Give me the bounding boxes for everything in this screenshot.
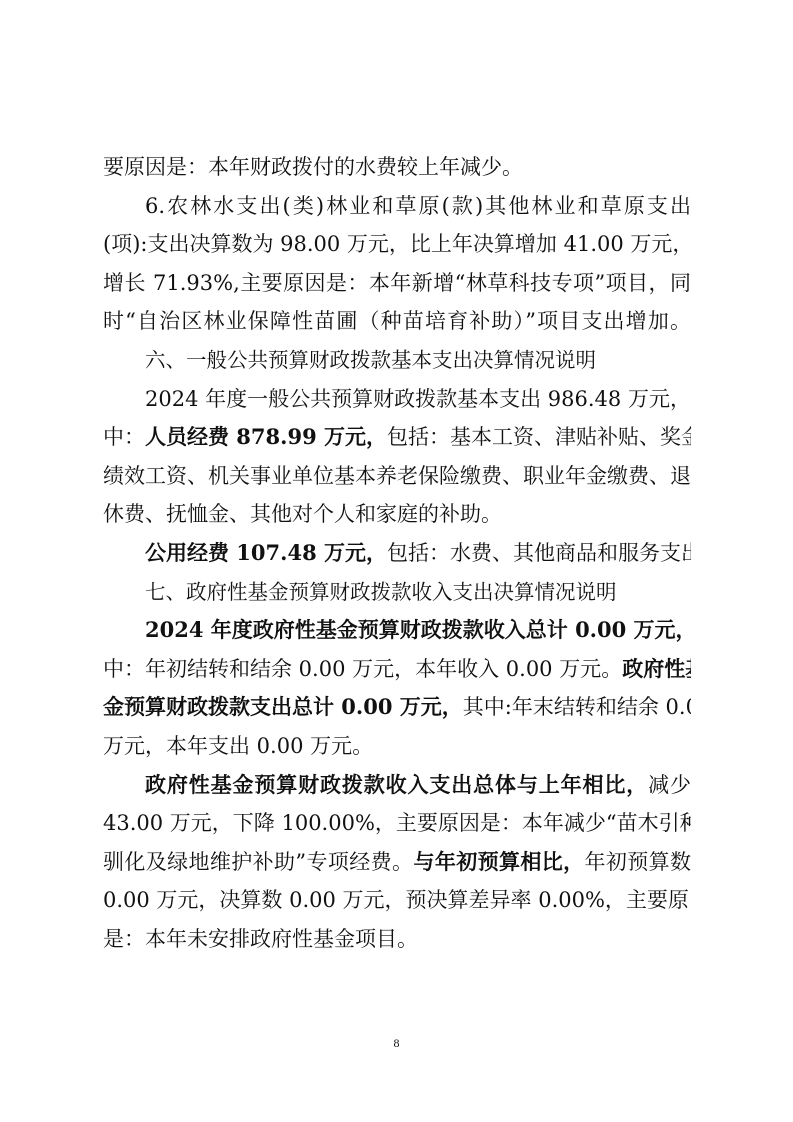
text-span: 万元，本年支出 0.00 万元。 [103,734,373,758]
text-span: 是：本年未安排政府性基金项目。 [103,927,418,951]
bold-text: 金预算财政拨款支出总计 0.00 万元， [103,694,463,719]
text-span: 年初预算数 [584,850,691,874]
text-line: 增长 71.93%,主要原因是：本年新增“林草科技专项”项目，同 [103,264,691,303]
document-body: 要原因是：本年财政拨付的水费较上年减少。6.农林水支出(类)林业和草原(款)其他… [103,148,691,958]
bold-text: 公用经费 107.48 万元， [145,540,387,565]
bold-text: 2024 年度政府性基金预算财政拨款收入总计 0.00 万元， [145,617,691,642]
text-span: 七、政府性基金预算财政拨款收入支出决算情况说明 [145,580,617,604]
text-line: 绩效工资、机关事业单位基本养老保险缴费、职业年金缴费、退 [103,457,691,496]
text-span: 休费、抚恤金、其他对个人和家庭的补助。 [103,502,502,526]
text-line: 中：人员经费 878.99 万元，包括：基本工资、津贴补贴、奖金、 [103,418,691,457]
text-line: 万元，本年支出 0.00 万元。 [103,727,691,766]
text-span: 六、一般公共预算财政拨款基本支出决算情况说明 [145,348,596,372]
text-span: 包括：水费、其他商品和服务支出。 [387,541,691,565]
text-line: 2024 年度一般公共预算财政拨款基本支出 986.48 万元，其 [103,380,691,419]
text-line: 0.00 万元，决算数 0.00 万元，预决算差异率 0.00%，主要原因 [103,881,691,920]
text-span: 时“自治区林业保障性苗圃（种苗培育补助）”项目支出增加。 [103,309,691,333]
text-line: 时“自治区林业保障性苗圃（种苗培育补助）”项目支出增加。 [103,302,691,341]
text-span: 43.00 万元，下降 100.00%，主要原因是：本年减少“苗木引种 [103,811,691,835]
bold-text: 人员经费 878.99 万元， [145,424,387,449]
page-number: 8 [0,1036,793,1051]
section-heading: 七、政府性基金预算财政拨款收入支出决算情况说明 [103,573,691,612]
text-span: 驯化及绿地维护补助”专项经费。 [103,850,413,874]
text-span: 增长 71.93%,主要原因是：本年新增“林草科技专项”项目，同 [103,271,691,295]
text-line: 驯化及绿地维护补助”专项经费。与年初预算相比，年初预算数 [103,843,691,882]
section-heading: 六、一般公共预算财政拨款基本支出决算情况说明 [103,341,691,380]
bold-text: 政府性基 [622,656,691,681]
text-line: 休费、抚恤金、其他对个人和家庭的补助。 [103,495,691,534]
text-line: 公用经费 107.48 万元，包括：水费、其他商品和服务支出。 [103,534,691,573]
text-span: 2024 年度一般公共预算财政拨款基本支出 986.48 万元，其 [145,387,691,411]
text-line: 6.农林水支出(类)林业和草原(款)其他林业和草原支出 [103,187,691,226]
bold-text: 与年初预算相比， [413,849,584,874]
text-span: 绩效工资、机关事业单位基本养老保险缴费、职业年金缴费、退 [103,464,691,488]
text-span: 减少 [648,773,691,797]
text-line: 中：年初结转和结余 0.00 万元，本年收入 0.00 万元。政府性基 [103,650,691,689]
text-span: (项):支出决算数为 98.00 万元，比上年决算增加 41.00 万元， [103,232,691,256]
text-span: 中：年初结转和结余 0.00 万元，本年收入 0.00 万元。 [103,657,622,681]
text-line: 是：本年未安排政府性基金项目。 [103,920,691,959]
text-span: 包括：基本工资、津贴补贴、奖金、 [387,425,691,449]
text-span: 中： [103,425,145,449]
text-line: (项):支出决算数为 98.00 万元，比上年决算增加 41.00 万元， [103,225,691,264]
text-line: 金预算财政拨款支出总计 0.00 万元，其中:年末结转和结余 0.00 [103,688,691,727]
bold-text: 政府性基金预算财政拨款收入支出总体与上年相比， [145,772,648,797]
text-span: 其中:年末结转和结余 0.00 [463,695,691,719]
text-line: 2024 年度政府性基金预算财政拨款收入总计 0.00 万元，其 [103,611,691,650]
text-span: 6.农林水支出(类)林业和草原(款)其他林业和草原支出 [145,194,691,218]
text-span: 要原因是：本年财政拨付的水费较上年减少。 [103,155,523,179]
text-span: 0.00 万元，决算数 0.00 万元，预决算差异率 0.00%，主要原因 [103,888,691,912]
text-line: 政府性基金预算财政拨款收入支出总体与上年相比，减少 [103,766,691,805]
text-line: 43.00 万元，下降 100.00%，主要原因是：本年减少“苗木引种 [103,804,691,843]
text-line: 要原因是：本年财政拨付的水费较上年减少。 [103,148,691,187]
